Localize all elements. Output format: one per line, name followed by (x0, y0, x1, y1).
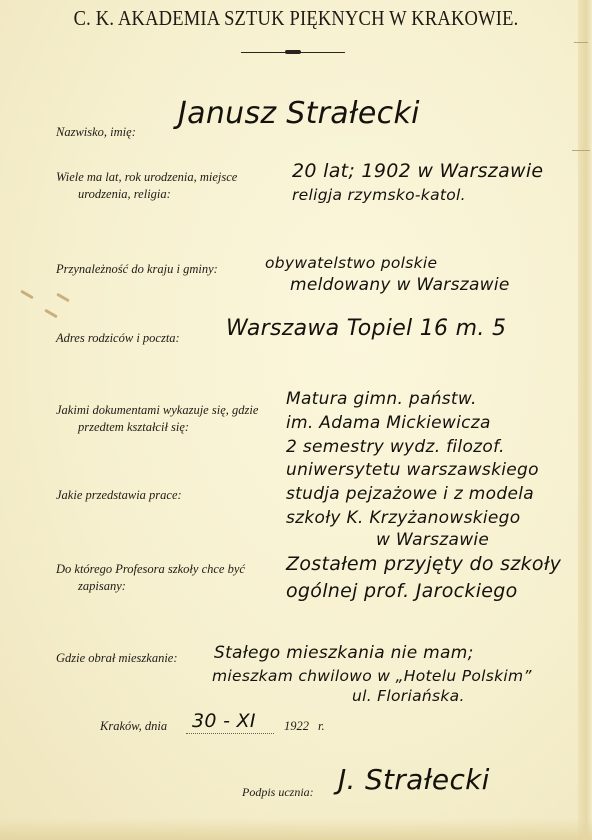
answer-religion: religja rzymsko-katol. (292, 186, 466, 204)
answer-name: Janusz Strałecki (178, 96, 420, 131)
label-documents-education: Jakimi dokumentami wykazuje się, gdzie p… (56, 402, 258, 436)
paper-edge-bottom (0, 818, 592, 840)
application-form-page: C. K. AKADEMIA SZTUK PIĘKNYCH W KRAKOWIE… (0, 0, 592, 840)
answer-age-birth: 20 lat; 1902 w Warszawie (292, 160, 543, 182)
place-date-prefix: Kraków, dnia (100, 718, 167, 735)
label-citizenship: Przynależność do kraju i gminy: (56, 261, 218, 278)
label-residence: Gdzie obrał mieszkanie: (56, 650, 178, 667)
answer-residence-3: ul. Floriańska. (352, 687, 465, 705)
label-name: Nazwisko, imię: (56, 124, 136, 141)
date-year: 1922 (284, 718, 309, 735)
label-works-presented: Jakie przedstawia prace: (56, 487, 182, 504)
paper-crease (572, 150, 590, 151)
date-underline (186, 733, 274, 734)
date-day-month: 30 - XI (192, 710, 256, 732)
header-ornament (241, 50, 345, 54)
answer-professor-2: ogólnej prof. Jarockiego (286, 580, 518, 602)
ink-stain (56, 293, 70, 303)
label-professor: Do którego Profesora szkoły chce być zap… (56, 561, 245, 595)
answer-works-2: szkoły K. Krzyżanowskiego (286, 508, 520, 528)
answer-education-4: uniwersytetu warszawskiego (286, 460, 539, 480)
academy-header: C. K. AKADEMIA SZTUK PIĘKNYCH W KRAKOWIE… (0, 8, 592, 32)
ink-stain (20, 290, 34, 300)
ink-stain (44, 309, 58, 319)
label-age-birth-religion: Wiele ma lat, rok urodzenia, miejsce uro… (56, 169, 237, 203)
paper-edge (578, 0, 592, 840)
answer-education-2: im. Adama Mickiewicza (286, 413, 491, 433)
answer-citizenship-2: meldowany w Warszawie (290, 275, 510, 295)
answer-works-1: studja pejzażowe i z modela (286, 484, 534, 504)
student-signature: J. Strałecki (338, 763, 490, 796)
date-suffix: r. (318, 718, 325, 735)
paper-crease (574, 42, 588, 43)
label-parents-address: Adres rodziców i poczta: (56, 330, 180, 347)
answer-residence-2: mieszkam chwilowo w „Hotelu Polskim” (212, 667, 532, 685)
answer-education-1: Matura gimn. państw. (286, 389, 477, 409)
answer-education-3: 2 semestry wydz. filozof. (286, 437, 505, 457)
signature-label: Podpis ucznia: (242, 784, 314, 801)
answer-professor-1: Zostałem przyjęty do szkoły (286, 553, 561, 575)
answer-works-3: w Warszawie (376, 530, 489, 550)
answer-citizenship-1: obywatelstwo polskie (265, 254, 437, 272)
answer-residence-1: Stałego mieszkania nie mam; (214, 643, 474, 663)
answer-parents-address: Warszawa Topiel 16 m. 5 (226, 316, 506, 341)
